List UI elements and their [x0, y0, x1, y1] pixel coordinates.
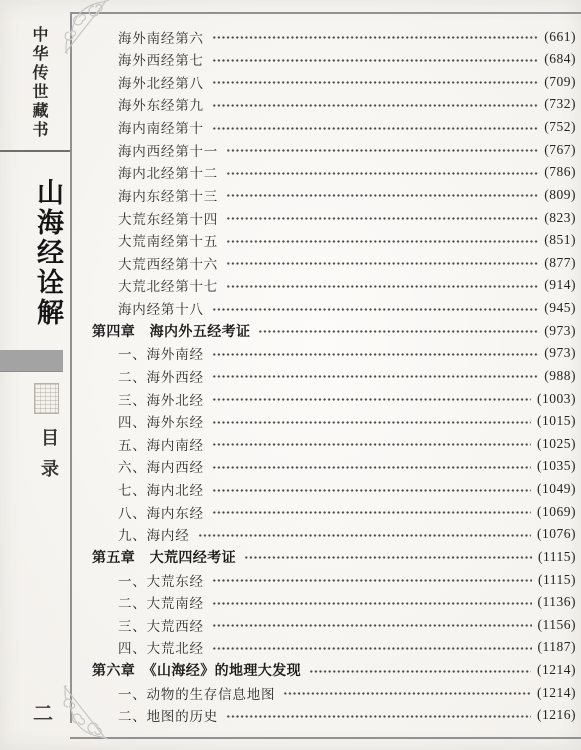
toc-entry-page-number: (973): [544, 323, 576, 339]
toc-list: 海外南经第六(661)海外西经第七(684)海外北经第八(709)海外东经第九(…: [92, 29, 576, 723]
toc-entry-page-number: (661): [544, 29, 576, 45]
toc-entry-title: 海内经第十八: [118, 298, 204, 318]
toc-entry-page-number: (752): [544, 119, 576, 135]
toc-entry-title: 六、海内西经: [118, 456, 204, 476]
toc-entry-page-number: (1214): [537, 685, 576, 701]
toc-row: 一、大荒东经(1115): [118, 572, 576, 587]
dot-leader: [212, 600, 532, 607]
toc-row: 海外西经第七(684): [118, 52, 576, 67]
toc-entry-page-number: (1216): [537, 707, 576, 723]
frame-bottom-rule: [70, 737, 581, 739]
dot-leader: [226, 192, 538, 199]
dot-leader: [226, 283, 538, 290]
toc-entry-title: 四、海外东经: [118, 411, 204, 431]
toc-entry-title: 海内北经第十二: [118, 162, 218, 182]
toc-row: 六、海内西经(1035): [118, 459, 576, 474]
toc-row: 海外东经第九(732): [118, 97, 576, 112]
toc-row: 七、海内北经(1049): [118, 482, 576, 497]
toc-row: 五、海内南经(1025): [118, 436, 576, 451]
dot-leader: [212, 441, 531, 448]
toc-entry-title: 一、海外南经: [118, 343, 204, 363]
toc-entry-page-number: (945): [544, 300, 576, 316]
dot-leader: [244, 554, 532, 561]
dot-leader: [226, 170, 538, 177]
toc-entry-title: 第五章 大荒四经考证: [92, 547, 236, 567]
toc-row: 海内经第十八(945): [118, 301, 576, 316]
frame-top-rule: [70, 12, 581, 14]
frame-vertical-rule: [70, 13, 72, 723]
toc-entry-page-number: (1076): [537, 526, 576, 542]
dot-leader: [258, 328, 538, 335]
toc-entry-title: 海内南经第十: [118, 117, 204, 137]
dot-leader: [212, 79, 538, 86]
dot-leader: [283, 690, 531, 697]
toc-row: 二、海外西经(988): [118, 368, 576, 383]
toc-row: 一、动物的生存信息地图(1214): [118, 685, 576, 700]
toc-entry-page-number: (1115): [538, 572, 576, 588]
dot-leader: [212, 645, 532, 652]
dot-leader: [212, 487, 531, 494]
toc-row: 三、大荒西经(1156): [118, 617, 576, 632]
toc-row: 海外南经第六(661): [118, 29, 576, 44]
toc-row: 海外北经第八(709): [118, 74, 576, 89]
dot-leader: [226, 713, 531, 720]
toc-entry-page-number: (1025): [537, 436, 576, 452]
spine-gray-band: [0, 350, 63, 372]
toc-entry-page-number: (877): [544, 255, 576, 271]
toc-entry-page-number: (786): [544, 164, 576, 180]
toc-entry-title: 大荒南经第十五: [118, 230, 218, 250]
toc-entry-title: 二、大荒南经: [118, 592, 204, 612]
toc-entry-title: 五、海内南经: [118, 434, 204, 454]
toc-entry-title: 四、大荒北经: [118, 637, 204, 657]
toc-entry-title: 一、大荒东经: [118, 570, 204, 590]
toc-entry-page-number: (1035): [537, 458, 576, 474]
dot-leader: [226, 238, 538, 245]
toc-entry-title: 三、大荒西经: [118, 615, 204, 635]
dot-leader: [212, 396, 531, 403]
dot-leader: [212, 102, 538, 109]
toc-entry-title: 第六章 《山海经》的地理大发现: [92, 660, 301, 680]
dot-leader: [226, 215, 538, 222]
toc-row: 海内北经第十二(786): [118, 165, 576, 180]
dot-leader: [226, 147, 538, 154]
toc-entry-page-number: (1136): [538, 594, 577, 610]
dot-leader: [212, 34, 538, 41]
section-label: 目录: [36, 428, 62, 490]
toc-entry-title: 九、海内经: [118, 524, 190, 544]
toc-entry-title: 海外东经第九: [118, 94, 204, 114]
toc-entry-page-number: (851): [544, 232, 576, 248]
toc-row: 一、海外南经(973): [118, 346, 576, 361]
toc-row: 九、海内经(1076): [118, 527, 576, 542]
toc-entry-page-number: (1049): [537, 481, 576, 497]
seal-stamp-icon: [34, 383, 59, 414]
toc-entry-page-number: (684): [544, 51, 576, 67]
series-title: 中华传世藏书: [27, 26, 50, 140]
toc-entry-page-number: (767): [544, 142, 576, 158]
dot-leader: [212, 622, 532, 629]
toc-row: 第四章 海内外五经考证(973): [92, 323, 576, 338]
toc-entry-page-number: (914): [544, 277, 576, 293]
toc-entry-page-number: (988): [544, 368, 576, 384]
toc-entry-page-number: (732): [544, 96, 576, 112]
toc-entry-page-number: (823): [544, 210, 576, 226]
toc-entry-title: 大荒西经第十六: [118, 253, 218, 273]
toc-entry-page-number: (809): [544, 187, 576, 203]
toc-entry-title: 二、海外西经: [118, 366, 204, 386]
toc-entry-title: 海内西经第十一: [118, 140, 218, 160]
dot-leader: [212, 373, 538, 380]
dot-leader: [212, 509, 531, 516]
toc-row: 大荒南经第十五(851): [118, 233, 576, 248]
toc-row: 四、海外东经(1015): [118, 414, 576, 429]
dot-leader: [212, 306, 538, 313]
toc-row: 大荒北经第十七(914): [118, 278, 576, 293]
dot-leader: [198, 532, 532, 539]
toc-entry-page-number: (1156): [538, 617, 577, 633]
toc-entry-page-number: (1069): [537, 504, 576, 520]
dot-leader: [212, 57, 538, 64]
toc-entry-title: 一、动物的生存信息地图: [118, 683, 275, 703]
toc-entry-title: 八、海内东经: [118, 502, 204, 522]
dot-leader: [212, 351, 538, 358]
toc-entry-title: 第四章 海内外五经考证: [92, 321, 250, 341]
book-toc-page: 中华传世藏书 山海经诠解 目录 二 海外南经第六(661)海外西: [0, 0, 581, 750]
toc-entry-page-number: (1187): [538, 639, 577, 655]
spine-divider: [0, 150, 71, 152]
dot-leader: [212, 419, 531, 426]
toc-entry-page-number: (1115): [538, 549, 576, 565]
toc-row: 第六章 《山海经》的地理大发现(1214): [92, 663, 576, 678]
toc-entry-title: 大荒东经第十四: [118, 208, 218, 228]
dot-leader: [212, 577, 532, 584]
toc-entry-title: 大荒北经第十七: [118, 275, 218, 295]
toc-row: 三、海外北经(1003): [118, 391, 576, 406]
dot-leader: [309, 668, 531, 675]
toc-entry-title: 三、海外北经: [118, 389, 204, 409]
toc-entry-title: 海外南经第六: [118, 27, 204, 47]
toc-row: 四、大荒北经(1187): [118, 640, 576, 655]
toc-entry-page-number: (1015): [537, 413, 576, 429]
toc-entry-page-number: (1003): [537, 391, 576, 407]
dot-leader: [212, 464, 531, 471]
toc-row: 大荒西经第十六(877): [118, 255, 576, 270]
book-title: 山海经诠解: [29, 178, 68, 328]
toc-entry-title: 二、地图的历史: [118, 705, 218, 725]
toc-entry-page-number: (973): [544, 345, 576, 361]
toc-row: 第五章 大荒四经考证(1115): [92, 549, 576, 564]
toc-entry-title: 七、海内北经: [118, 479, 204, 499]
toc-row: 海内东经第十三(809): [118, 187, 576, 202]
toc-row: 二、大荒南经(1136): [118, 595, 576, 610]
toc-row: 大荒东经第十四(823): [118, 210, 576, 225]
toc-entry-title: 海内东经第十三: [118, 185, 218, 205]
toc-entry-title: 海外北经第八: [118, 72, 204, 92]
dot-leader: [226, 260, 538, 267]
toc-row: 海内南经第十(752): [118, 120, 576, 135]
dot-leader: [212, 125, 538, 132]
toc-row: 二、地图的历史(1216): [118, 708, 576, 723]
volume-page-number: 二: [33, 697, 53, 726]
toc-row: 海内西经第十一(767): [118, 142, 576, 157]
toc-entry-page-number: (1214): [537, 662, 576, 678]
toc-entry-page-number: (709): [544, 74, 576, 90]
toc-row: 八、海内东经(1069): [118, 504, 576, 519]
toc-entry-title: 海外西经第七: [118, 49, 204, 69]
